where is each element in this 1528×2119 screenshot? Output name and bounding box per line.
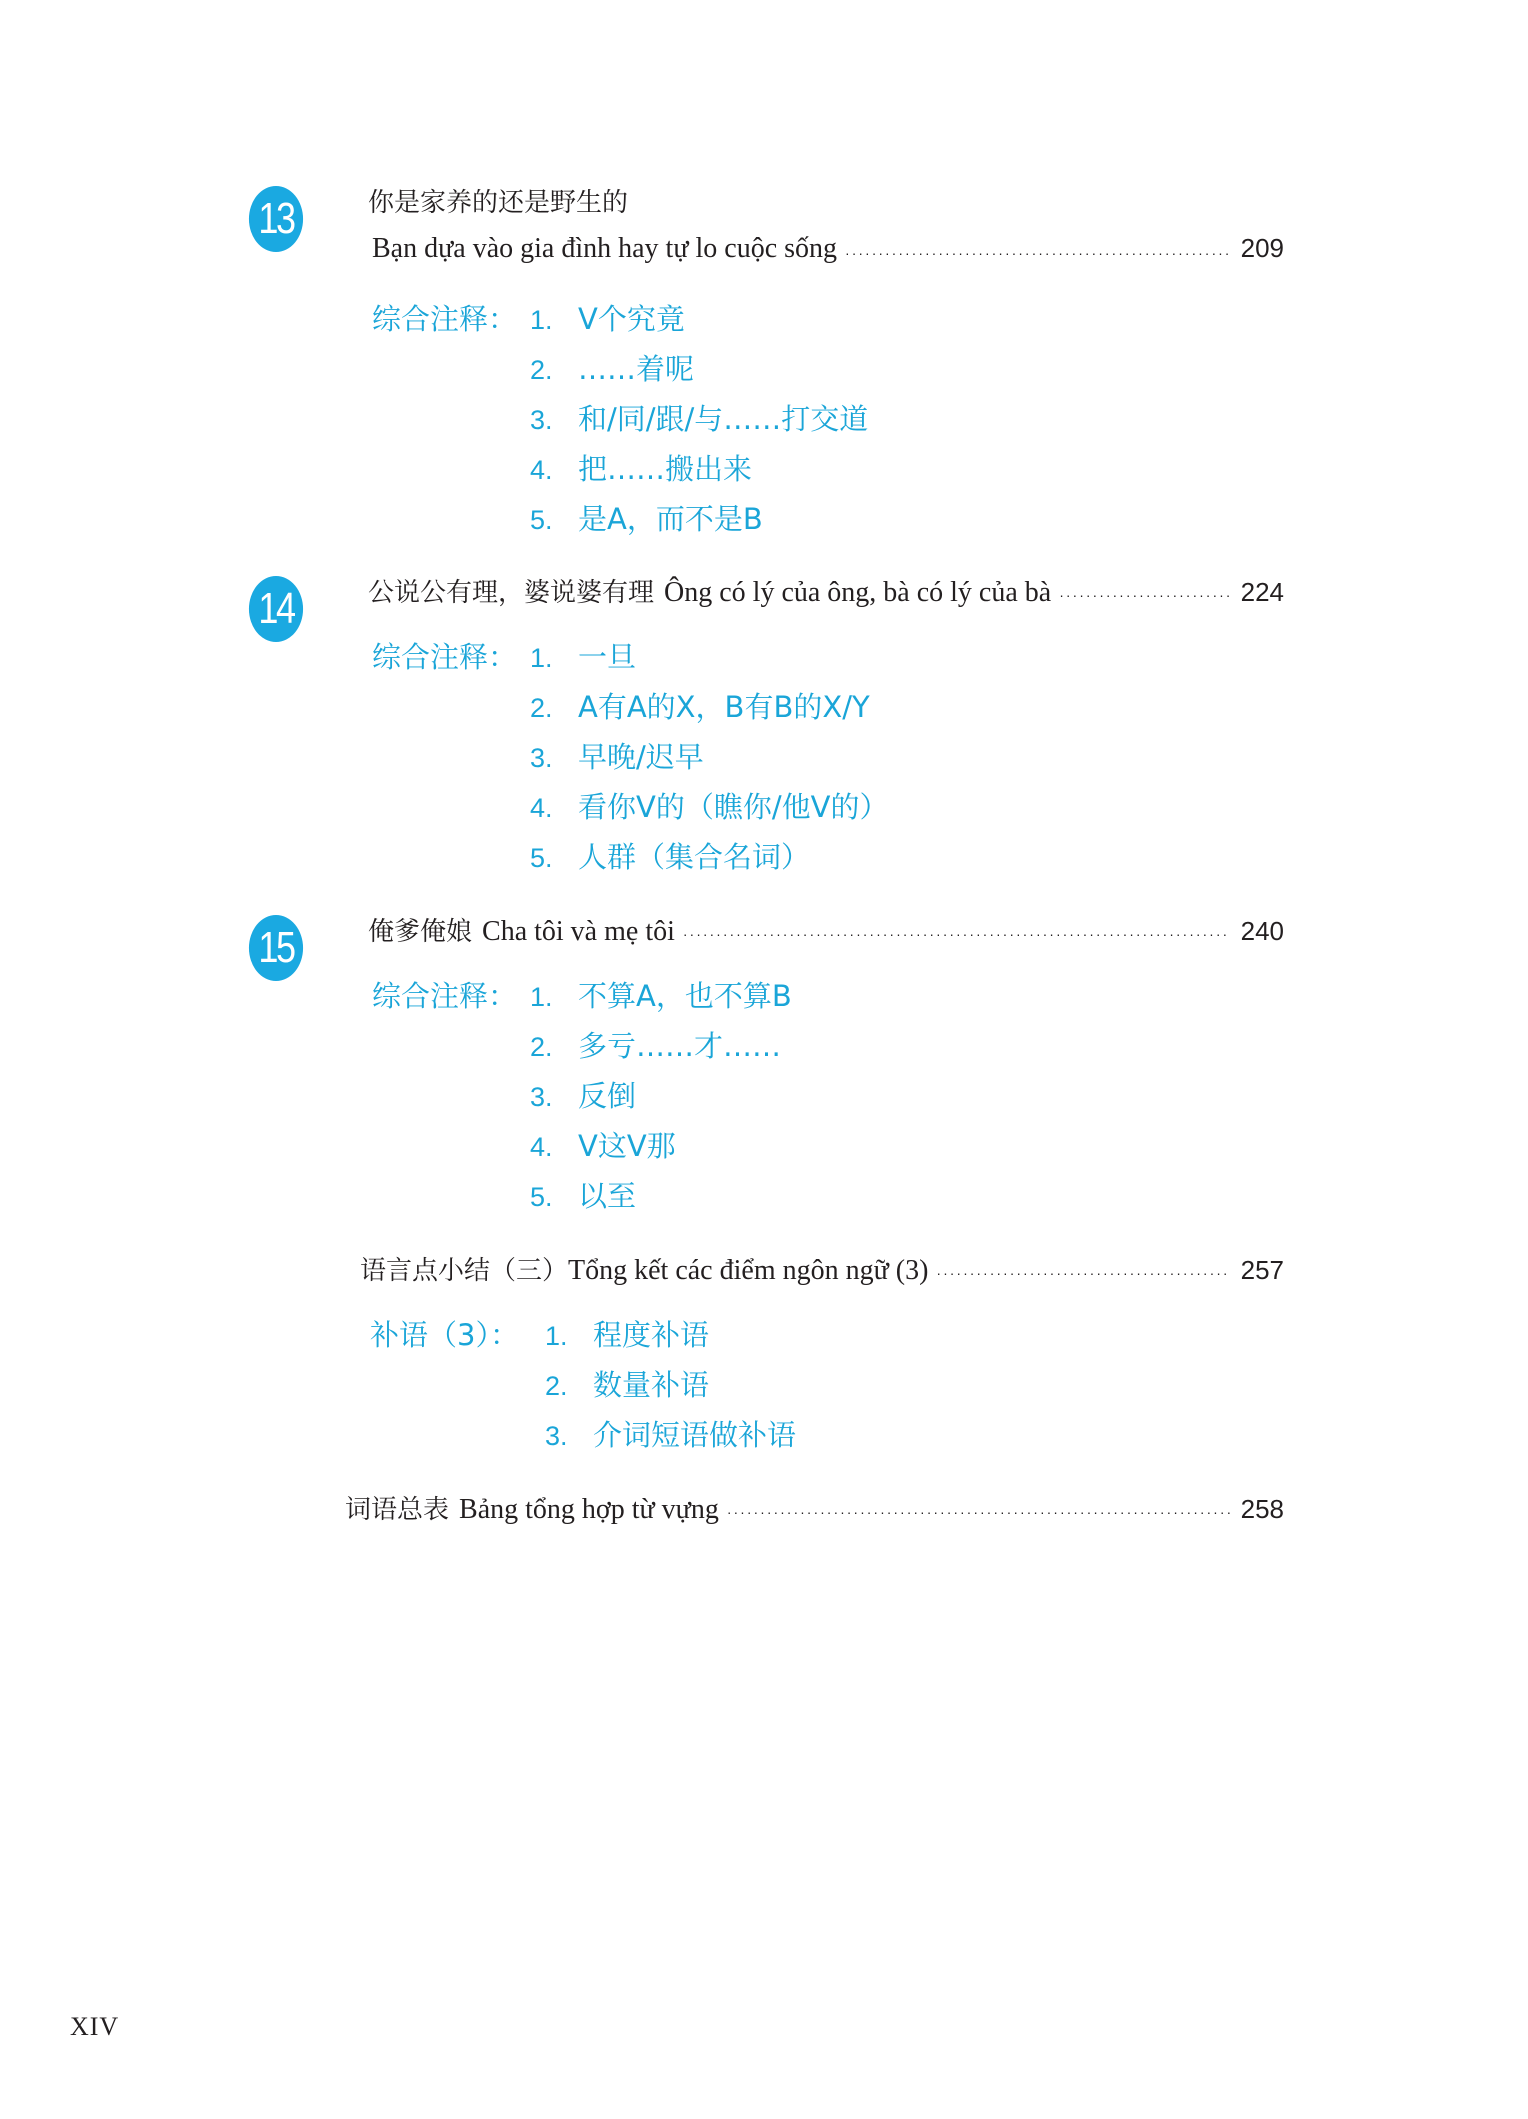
note-item: 3.早晚/迟早 <box>530 735 704 775</box>
page-number-footer: XIV <box>70 2012 119 2042</box>
lesson-15-title-zh: 俺爹俺娘 <box>368 911 472 948</box>
toc-entry-summary-3[interactable]: 语言点小结（三） Tổng kết các điểm ngôn ngữ (3) … <box>360 1250 1284 1287</box>
lesson-13-title-zh[interactable]: 你是家养的还是野生的 <box>368 182 628 219</box>
vocabulary-page-number: 258 <box>1240 1494 1284 1525</box>
note-item: 4.把……搬出来 <box>530 447 752 487</box>
lesson-15-badge: 15 <box>249 915 303 981</box>
lesson-14-badge: 14 <box>249 576 303 642</box>
dot-leader: ········································… <box>683 926 1230 942</box>
dot-leader: ········································… <box>727 1504 1230 1520</box>
summary-title-vi: Tổng kết các điểm ngôn ngữ (3) <box>568 1255 928 1287</box>
dot-leader: ········································… <box>845 245 1230 261</box>
lesson-15-page-number: 240 <box>1240 916 1284 947</box>
toc-entry-vocabulary[interactable]: 词语总表 Bảng tổng hợp từ vựng ·············… <box>345 1489 1284 1526</box>
note-item: 1.一旦 <box>530 635 636 675</box>
toc-entry-lesson-14[interactable]: 公说公有理，婆说婆有理 Ông có lý của ông, bà có lý … <box>368 572 1284 609</box>
vocabulary-title-zh: 词语总表 <box>345 1489 449 1526</box>
note-item: 4.看你V的（瞧你/他V的） <box>530 785 888 825</box>
lesson-15-title-vi: Cha tôi và mẹ tôi <box>482 916 675 948</box>
note-item: 4.V这V那 <box>530 1124 676 1164</box>
toc-entry-lesson-13[interactable]: Bạn dựa vào gia đình hay tự lo cuộc sống… <box>372 233 1284 265</box>
notes-label: 综合注释： <box>372 297 517 338</box>
note-item: 5.以至 <box>530 1174 636 1214</box>
note-item: 3.介词短语做补语 <box>545 1413 796 1453</box>
toc-entry-lesson-15[interactable]: 俺爹俺娘 Cha tôi và mẹ tôi ·················… <box>368 911 1284 948</box>
lesson-13-badge: 13 <box>249 186 303 252</box>
note-item: 2.数量补语 <box>545 1363 709 1403</box>
complement-label: 补语（3）： <box>370 1313 519 1354</box>
note-item: 3.和/同/跟/与……打交道 <box>530 397 868 437</box>
note-item: 1.不算A，也不算B <box>530 974 792 1014</box>
summary-page-number: 257 <box>1240 1255 1284 1286</box>
note-item: 3.反倒 <box>530 1074 636 1114</box>
notes-label: 综合注释： <box>372 635 517 676</box>
lesson-14-page-number: 224 <box>1240 577 1284 608</box>
note-item: 5.人群（集合名词） <box>530 835 810 875</box>
note-item: 5.是A，而不是B <box>530 497 763 537</box>
summary-title-zh: 语言点小结（三） <box>360 1250 568 1287</box>
lesson-14-title-zh: 公说公有理，婆说婆有理 <box>368 572 654 609</box>
lesson-13-page-number: 209 <box>1240 233 1284 264</box>
notes-label: 综合注释： <box>372 974 517 1015</box>
note-item: 2.多亏……才…… <box>530 1024 781 1064</box>
note-item: 1.V个究竟 <box>530 297 685 337</box>
dot-leader: ········································… <box>1059 587 1230 603</box>
lesson-13-title-vi: Bạn dựa vào gia đình hay tự lo cuộc sống <box>372 233 837 265</box>
vocabulary-title-vi: Bảng tổng hợp từ vựng <box>459 1494 719 1526</box>
note-item: 2.A有A的X，B有B的X/Y <box>530 685 870 725</box>
note-item: 1.程度补语 <box>545 1313 709 1353</box>
note-item: 2.……着呢 <box>530 347 694 387</box>
lesson-14-title-vi: Ông có lý của ông, bà có lý của bà <box>664 577 1051 609</box>
dot-leader: ········································… <box>936 1265 1230 1281</box>
